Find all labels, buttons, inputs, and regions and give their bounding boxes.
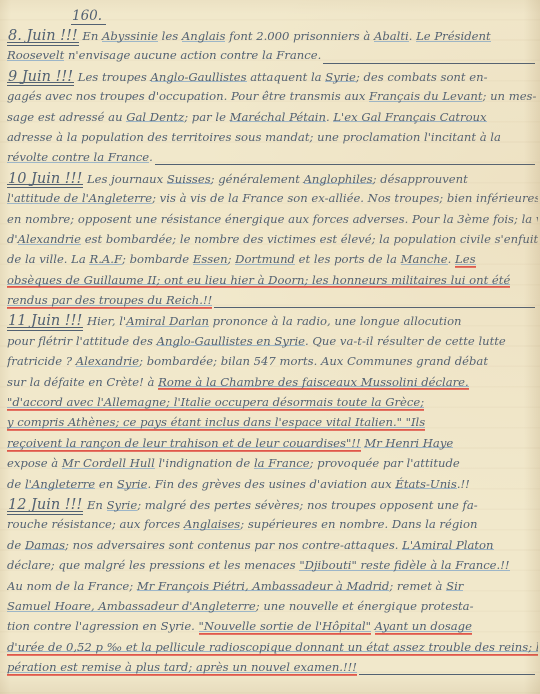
text-segment: L'ex Gal Français Catroux xyxy=(333,110,486,124)
date-heading: 8. Juin !!! xyxy=(7,28,79,46)
text-segment: Français du Levant xyxy=(369,89,482,103)
text-segment: pour flétrir l'attitude des xyxy=(7,334,157,348)
text-segment: Au nom de la France; xyxy=(7,579,137,593)
text-segment: Abyssinie xyxy=(102,29,158,43)
text-segment: d' xyxy=(7,232,18,246)
paragraph-end-rule xyxy=(155,150,535,170)
text-segment: Manche xyxy=(401,252,448,266)
text-segment: Anglophiles xyxy=(304,172,373,186)
manuscript-line: 8. Juin !!! En Abyssinie les Anglais fon… xyxy=(7,28,538,48)
text-segment: "Djibouti" reste fidèle à la France.!! xyxy=(299,558,509,572)
date-heading: 9 Juin !!! xyxy=(7,69,74,87)
text-segment: obsèques de Guillaume II; ont eu lieu hi… xyxy=(7,273,510,289)
text-segment: l'Angleterre xyxy=(25,477,95,491)
text-segment: fratricide ? xyxy=(7,354,76,368)
manuscript-line: tion contre l'agression en Syrie. "Nouve… xyxy=(7,619,538,639)
text-segment: . xyxy=(149,150,153,164)
text-segment: la France xyxy=(254,456,310,470)
text-segment: en nombre; opposent une résistance énerg… xyxy=(7,212,538,226)
text-segment: Ayant un dosage xyxy=(375,619,472,635)
manuscript-page: 160. 8. Juin !!! En Abyssinie les Anglai… xyxy=(0,0,540,694)
text-segment: ; supérieures en nombre. Dans la région xyxy=(240,517,477,531)
manuscript-line: de l'Angleterre en Syrie. Fin des grèves… xyxy=(7,477,538,497)
manuscript-line: 10 Juin !!! Les journaux Suisses; généra… xyxy=(7,171,538,191)
text-segment: En xyxy=(83,498,106,512)
text-segment: . xyxy=(448,252,455,266)
text-segment: Anglaises xyxy=(184,517,240,531)
text-segment: Anglais xyxy=(182,29,226,43)
text-segment: Roosevelt xyxy=(7,48,64,62)
manuscript-line: rendus par des troupes du Reich.!! xyxy=(7,293,538,313)
manuscript-line: Au nom de la France; Mr François Piétri,… xyxy=(7,579,538,599)
text-segment: Anglo-Gaullistes en Syrie xyxy=(157,334,305,348)
text-segment: de xyxy=(7,538,25,552)
text-segment: pération est remise à plus tard; après u… xyxy=(7,660,357,676)
text-segment: déclare; que malgré les pressions et les… xyxy=(7,558,299,572)
text-segment: ; nos adversaires sont contenus par nos … xyxy=(65,538,402,552)
text-segment: . xyxy=(409,29,416,43)
text-segment: . Que va-t-il résulter de cette lutte xyxy=(305,334,506,348)
text-segment: ; vis à vis de la France son ex-alliée. … xyxy=(152,191,538,205)
text-segment: Amiral Darlan xyxy=(126,314,209,328)
text-segment: ; bombardée; bilan 547 morts. Aux Commun… xyxy=(139,354,488,368)
text-segment: adresse à la population des territoires … xyxy=(7,130,501,144)
text-segment: R.A.F xyxy=(89,252,122,266)
text-segment: y compris Athènes; ce pays étant inclus … xyxy=(7,415,425,431)
text-segment: Suisses xyxy=(167,172,211,186)
manuscript-line: "d'accord avec l'Allemagne; l'Italie occ… xyxy=(7,395,538,415)
text-segment: reçoivent la rançon de leur trahison et … xyxy=(7,436,361,452)
text-segment: en xyxy=(95,477,117,491)
date-heading: 11 Juin !!! xyxy=(7,313,83,331)
manuscript-line: sage est adressé au Gal Dentz; par le Ma… xyxy=(7,110,538,130)
text-segment: ; une nouvelle et énergique protesta- xyxy=(256,599,474,613)
text-segment: de la ville. La xyxy=(7,252,89,266)
text-segment: Anglo-Gaullistes xyxy=(151,70,247,84)
text-segment: Samuel Hoare, Ambassadeur d'Angleterre xyxy=(7,599,256,613)
manuscript-line: pour flétrir l'attitude des Anglo-Gaulli… xyxy=(7,334,538,354)
text-segment: Sir xyxy=(446,579,463,593)
manuscript-line: d'urée de 0,52 p ‰ et la pellicule radio… xyxy=(7,640,538,660)
text-segment: de xyxy=(7,477,25,491)
date-heading: 10 Juin !!! xyxy=(7,171,83,189)
text-segment: n'envisage aucune action contre la Franc… xyxy=(64,48,321,62)
page-number-row: 160. xyxy=(7,5,538,28)
text-segment: Essen xyxy=(193,252,228,266)
manuscript-line: 12 Juin !!! En Syrie; malgré des pertes … xyxy=(7,497,538,517)
manuscript-line: en nombre; opposent une résistance énerg… xyxy=(7,212,538,232)
text-segment: ; remet à xyxy=(389,579,446,593)
text-segment: Les xyxy=(455,252,476,268)
text-segment: ; malgré des pertes sévères; nos troupes… xyxy=(137,498,477,512)
text-segment: tion contre l'agression en Syrie. xyxy=(7,619,199,633)
manuscript-line: pération est remise à plus tard; après u… xyxy=(7,660,538,680)
manuscript-line: d'Alexandrie est bombardée; le nombre de… xyxy=(7,232,538,252)
manuscript-line: gagés avec nos troupes d'occupation. Pou… xyxy=(7,89,538,109)
text-segment: révolte contre la France xyxy=(7,150,149,164)
text-segment: est bombardée; le nombre des victimes es… xyxy=(81,232,538,246)
text-segment: ; un mes- xyxy=(482,89,536,103)
text-segment: gagés avec nos troupes d'occupation. Pou… xyxy=(7,89,369,103)
text-segment: États-Unis xyxy=(395,477,456,491)
text-segment: Les journaux xyxy=(83,172,167,186)
manuscript-line: expose à Mr Cordell Hull l'indignation d… xyxy=(7,456,538,476)
text-segment: Mr Cordell Hull xyxy=(62,456,155,470)
text-segment: expose à xyxy=(7,456,62,470)
text-segment: Alexandrie xyxy=(18,232,81,246)
text-segment: ; des combats sont en- xyxy=(356,70,488,84)
text-segment: Abalti xyxy=(374,29,409,43)
manuscript-line: révolte contre la France. xyxy=(7,150,538,170)
text-segment: Syrie xyxy=(107,498,138,512)
manuscript-line: Roosevelt n'envisage aucune action contr… xyxy=(7,48,538,68)
text-segment: Mr Henri Haye xyxy=(364,436,453,450)
text-segment: d'urée de 0,52 p ‰ et la pellicule radio… xyxy=(7,640,538,656)
manuscript-line: 9 Juin !!! Les troupes Anglo-Gaullistes … xyxy=(7,69,538,89)
manuscript-line: l'attitude de l'Angleterre; vis à vis de… xyxy=(7,191,538,211)
text-segment: ; généralement xyxy=(211,172,304,186)
text-segment: Syrie xyxy=(117,477,148,491)
manuscript-line: y compris Athènes; ce pays étant inclus … xyxy=(7,415,538,435)
text-segment: Les troupes xyxy=(74,70,150,84)
text-segment: Damas xyxy=(25,538,65,552)
text-segment: Rome à la Chambre des faisceaux Mussolin… xyxy=(158,375,469,391)
manuscript-line: sur la défaite en Crète! à Rome à la Cha… xyxy=(7,375,538,395)
text-segment: Mr François Piétri, Ambassadeur à Madrid xyxy=(137,579,390,593)
paragraph-end-rule xyxy=(359,660,535,680)
text-segment: font 2.000 prisonniers à xyxy=(225,29,374,43)
text-segment: Le Président xyxy=(416,29,491,43)
text-segment: ; par le xyxy=(184,110,229,124)
date-heading: 12 Juin !!! xyxy=(7,497,83,515)
text-segment: rouche résistance; aux forces xyxy=(7,517,184,531)
text-segment: Alexandrie xyxy=(76,354,139,368)
text-segment: ; bombarde xyxy=(122,252,193,266)
text-segment: ; désapprouvent xyxy=(373,172,468,186)
manuscript-line: reçoivent la rançon de leur trahison et … xyxy=(7,436,538,456)
text-segment: Gal Dentz xyxy=(126,110,184,124)
manuscript-body: 8. Juin !!! En Abyssinie les Anglais fon… xyxy=(7,28,538,681)
text-segment: sage est adressé au xyxy=(7,110,126,124)
text-segment: ; provoquée par l'attitude xyxy=(310,456,460,470)
text-segment: Maréchal Pétain xyxy=(230,110,326,124)
manuscript-line: adresse à la population des territoires … xyxy=(7,130,538,150)
paragraph-end-rule xyxy=(323,48,535,68)
text-segment: les xyxy=(158,29,182,43)
text-segment: l'attitude de l'Angleterre xyxy=(7,191,152,205)
manuscript-line: de Damas; nos adversaires sont contenus … xyxy=(7,538,538,558)
text-segment: . Fin des grèves des usines d'aviation a… xyxy=(147,477,395,491)
text-segment: "Nouvelle sortie de l'Hôpital" xyxy=(199,619,371,635)
text-segment: attaquent la xyxy=(247,70,326,84)
manuscript-line: Samuel Hoare, Ambassadeur d'Angleterre; … xyxy=(7,599,538,619)
manuscript-line: déclare; que malgré les pressions et les… xyxy=(7,558,538,578)
manuscript-line: 11 Juin !!! Hier, l'Amiral Darlan pronon… xyxy=(7,313,538,333)
manuscript-line: fratricide ? Alexandrie; bombardée; bila… xyxy=(7,354,538,374)
text-segment: Syrie xyxy=(325,70,356,84)
paragraph-end-rule xyxy=(214,293,535,313)
manuscript-content: 160. 8. Juin !!! En Abyssinie les Anglai… xyxy=(0,0,540,681)
text-segment: L'Amiral Platon xyxy=(402,538,493,552)
text-segment: l'indignation de xyxy=(155,456,254,470)
text-segment: sur la défaite en Crète! à xyxy=(7,375,158,389)
text-segment: et les ports de la xyxy=(295,252,401,266)
text-segment: rendus par des troupes du Reich.!! xyxy=(7,293,212,309)
manuscript-line: obsèques de Guillaume II; ont eu lieu hi… xyxy=(7,273,538,293)
manuscript-line: rouche résistance; aux forces Anglaises;… xyxy=(7,517,538,537)
text-segment: "d'accord avec l'Allemagne; l'Italie occ… xyxy=(7,395,424,411)
text-segment: En xyxy=(79,29,102,43)
manuscript-line: de la ville. La R.A.F; bombarde Essen; D… xyxy=(7,252,538,272)
text-segment: prononce à la radio, une longue allocuti… xyxy=(209,314,462,328)
text-segment: Dortmund xyxy=(235,252,295,266)
page-number: 160. xyxy=(71,8,106,25)
text-segment: Hier, l' xyxy=(83,314,126,328)
text-segment: .!! xyxy=(457,477,470,491)
